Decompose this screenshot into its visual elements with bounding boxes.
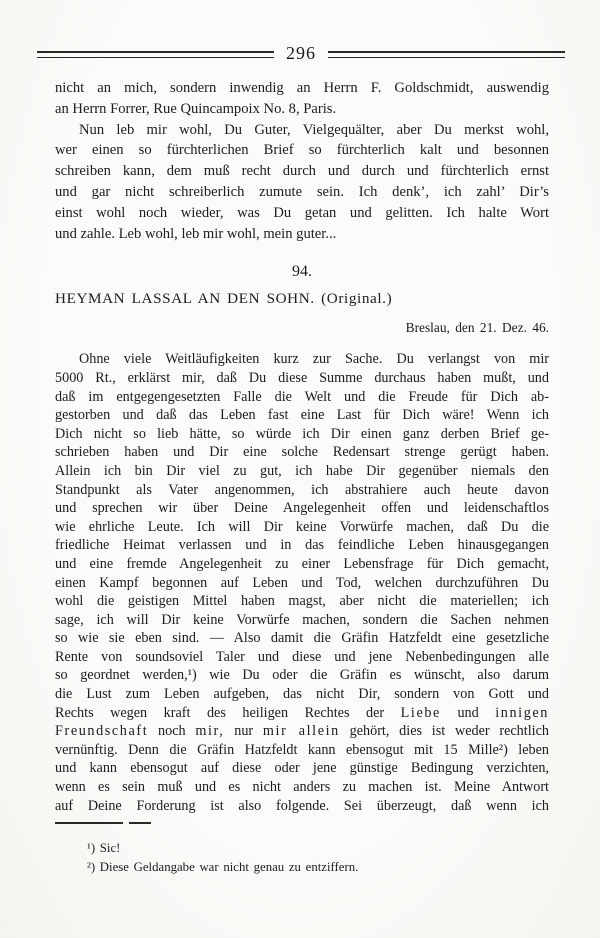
text-line: einst wohl noch wieder, was Du getan und… — [55, 203, 549, 224]
letter-continuation-paragraph: nicht an mich, sondern inwendig an Herrn… — [55, 78, 549, 120]
text-line: so geordnet werden,¹) wie Du oder die Gr… — [55, 666, 549, 685]
text-line: wie ehrliche Leute. Ich will Dir keine V… — [55, 518, 549, 537]
text-line: auf Deine Forderung ist also folgende. S… — [55, 797, 549, 816]
text-line: gestorben und daß das Leben fast eine La… — [55, 406, 549, 425]
emphasized-text: mir allein — [263, 723, 340, 739]
header-rule-right — [328, 51, 565, 58]
text-line: Freundschaft noch mir, nur mir allein ge… — [55, 722, 549, 741]
page-content: nicht an mich, sondern inwendig an Herrn… — [55, 78, 549, 877]
emphasized-text: innigen — [495, 705, 549, 721]
footnotes: ¹) Sic! ²) Diese Geldangabe war nicht ge… — [55, 839, 549, 877]
text-line: friedliche Heimat verlassen und in das f… — [55, 536, 549, 555]
text-line: und kann ebensogut auf diese oder jene g… — [55, 759, 549, 778]
farewell-paragraph: Nun leb mir wohl, Du Guter, Vielgequälte… — [55, 120, 549, 245]
emphasized-text: mir, — [195, 723, 224, 739]
letter-heading: HEYMAN LASSAL AN DEN SOHN. (Original.) — [55, 289, 549, 309]
section-number: 94. — [55, 262, 549, 282]
text-line: Ohne viele Weitläufigkeiten kurz zur Sac… — [55, 350, 549, 369]
text-line: schreiben kann, dem muß recht durch und … — [55, 161, 549, 182]
text-line: so wie sie eben sind. — Also damit die G… — [55, 629, 549, 648]
previous-letter-ending: nicht an mich, sondern inwendig an Herrn… — [55, 78, 549, 244]
page-number: 296 — [286, 44, 316, 65]
footnote-1: ¹) Sic! — [55, 839, 549, 858]
header-rule-left — [37, 51, 274, 58]
text-line: Allein ich bin Dir viel zu gut, ich habe… — [55, 462, 549, 481]
text-line: und sprechen wir über Deine Angelegenhei… — [55, 499, 549, 518]
text-line: und gar nicht schreiberlich zumute sein.… — [55, 182, 549, 203]
text-line: Standpunkt als Vater angenommen, ich abs… — [55, 481, 549, 500]
book-page: 296 nicht an mich, sondern inwendig an H… — [0, 0, 600, 938]
text-line: an Herrn Forrer, Rue Quincampoix No. 8, … — [55, 99, 549, 120]
emphasized-text: Liebe — [401, 705, 441, 721]
text-line: und zahle. Leb wohl, leb mir wohl, mein … — [55, 224, 549, 245]
text-line: und eine fremde Angelegenheit zu einer L… — [55, 555, 549, 574]
footnote-separator-rule — [55, 822, 549, 824]
emphasized-text: Freundschaft — [55, 723, 148, 739]
text-line: wer einen so fürchterlichen Brief so für… — [55, 140, 549, 161]
text-line: nicht an mich, sondern inwendig an Herrn… — [55, 78, 549, 99]
text-line: wenn es sein muß und es nicht anders zu … — [55, 778, 549, 797]
text-line: Rechts wegen kraft des heiligen Rechtes … — [55, 704, 549, 723]
footnote-2: ²) Diese Geldangabe war nicht genau zu e… — [55, 858, 549, 877]
text-line: schrieben haben und Dir eine solche Rede… — [55, 443, 549, 462]
text-line: Nun leb mir wohl, Du Guter, Vielgequälte… — [55, 120, 549, 141]
text-line: Dich nicht so lieb hätte, so würde ich D… — [55, 425, 549, 444]
text-line: die Lust zum Leben aufgeben, das nicht D… — [55, 685, 549, 704]
text-line: daß im entgegengesetzten Falle die Welt … — [55, 388, 549, 407]
text-line: sage, ich will Dir keine Vorwürfe machen… — [55, 611, 549, 630]
text-line: wohl die geistigen Mittel haben magst, a… — [55, 592, 549, 611]
letter-body-paragraph: Ohne viele Weitläufigkeiten kurz zur Sac… — [55, 350, 549, 815]
text-line: 5000 Rt., erklärst mir, daß Du diese Sum… — [55, 369, 549, 388]
text-line: einen Kampf begonnen auf Leben und Tod, … — [55, 574, 549, 593]
text-line: vernünftig. Denn die Gräfin Hatzfeldt ka… — [55, 741, 549, 760]
dateline: Breslau, den 21. Dez. 46. — [55, 319, 549, 337]
text-line: Rente von soundsoviel Taler und diese un… — [55, 648, 549, 667]
page-header: 296 — [37, 44, 565, 65]
